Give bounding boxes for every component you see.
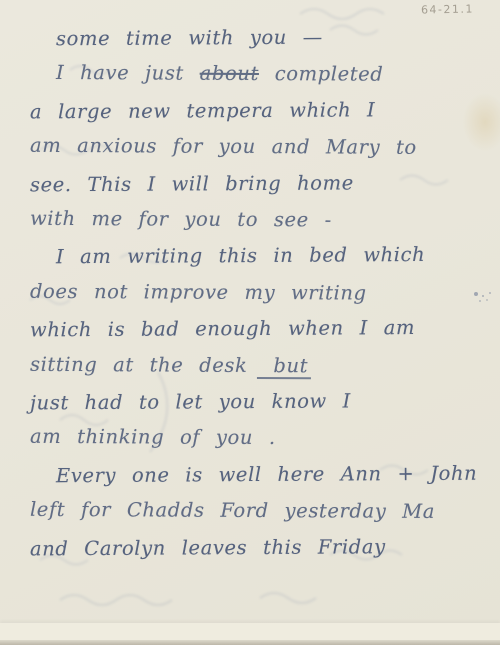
accession-number: 64-21.1 (421, 3, 474, 17)
handwritten-line: see. This I will bring home (30, 164, 486, 203)
paper-edge-shadow (0, 640, 500, 645)
struck-word: about (200, 62, 259, 85)
handwritten-line: just had to let you know I (30, 383, 486, 422)
handwritten-line: I am writing this in bed which (30, 237, 486, 276)
handwritten-line: Every one is well here Ann + John (30, 455, 486, 494)
handwritten-line: with me for you to see - (30, 201, 486, 240)
handwritten-line: and Carolyn leaves this Friday (30, 528, 486, 567)
handwritten-line: am anxious for you and Mary to (30, 128, 486, 167)
paper-bottom-edge (0, 623, 500, 640)
handwritten-line: I have just about completed (30, 55, 486, 94)
handwritten-line: sitting at the deskbut (30, 346, 486, 385)
handwritten-line: which is bad enough when I am (30, 310, 486, 349)
line-segment: completed (259, 62, 384, 86)
underlined-word: but (257, 354, 311, 379)
handwritten-line: a large new tempera which I (30, 91, 486, 130)
line-segment: sitting at the desk (30, 352, 248, 376)
handwritten-line: does not improve my writing (30, 274, 486, 313)
line-segment: I have just (56, 61, 200, 85)
letter-page: 64-21.1 some time with you — I have just… (0, 0, 500, 645)
handwritten-line: some time with you — (30, 19, 486, 58)
ink-speckles (474, 292, 478, 296)
letter-body: some time with you — I have just about c… (30, 20, 486, 566)
handwritten-line: am thinking of you . (30, 419, 486, 458)
handwritten-line: left for Chadds Ford yesterday Ma (30, 492, 486, 531)
